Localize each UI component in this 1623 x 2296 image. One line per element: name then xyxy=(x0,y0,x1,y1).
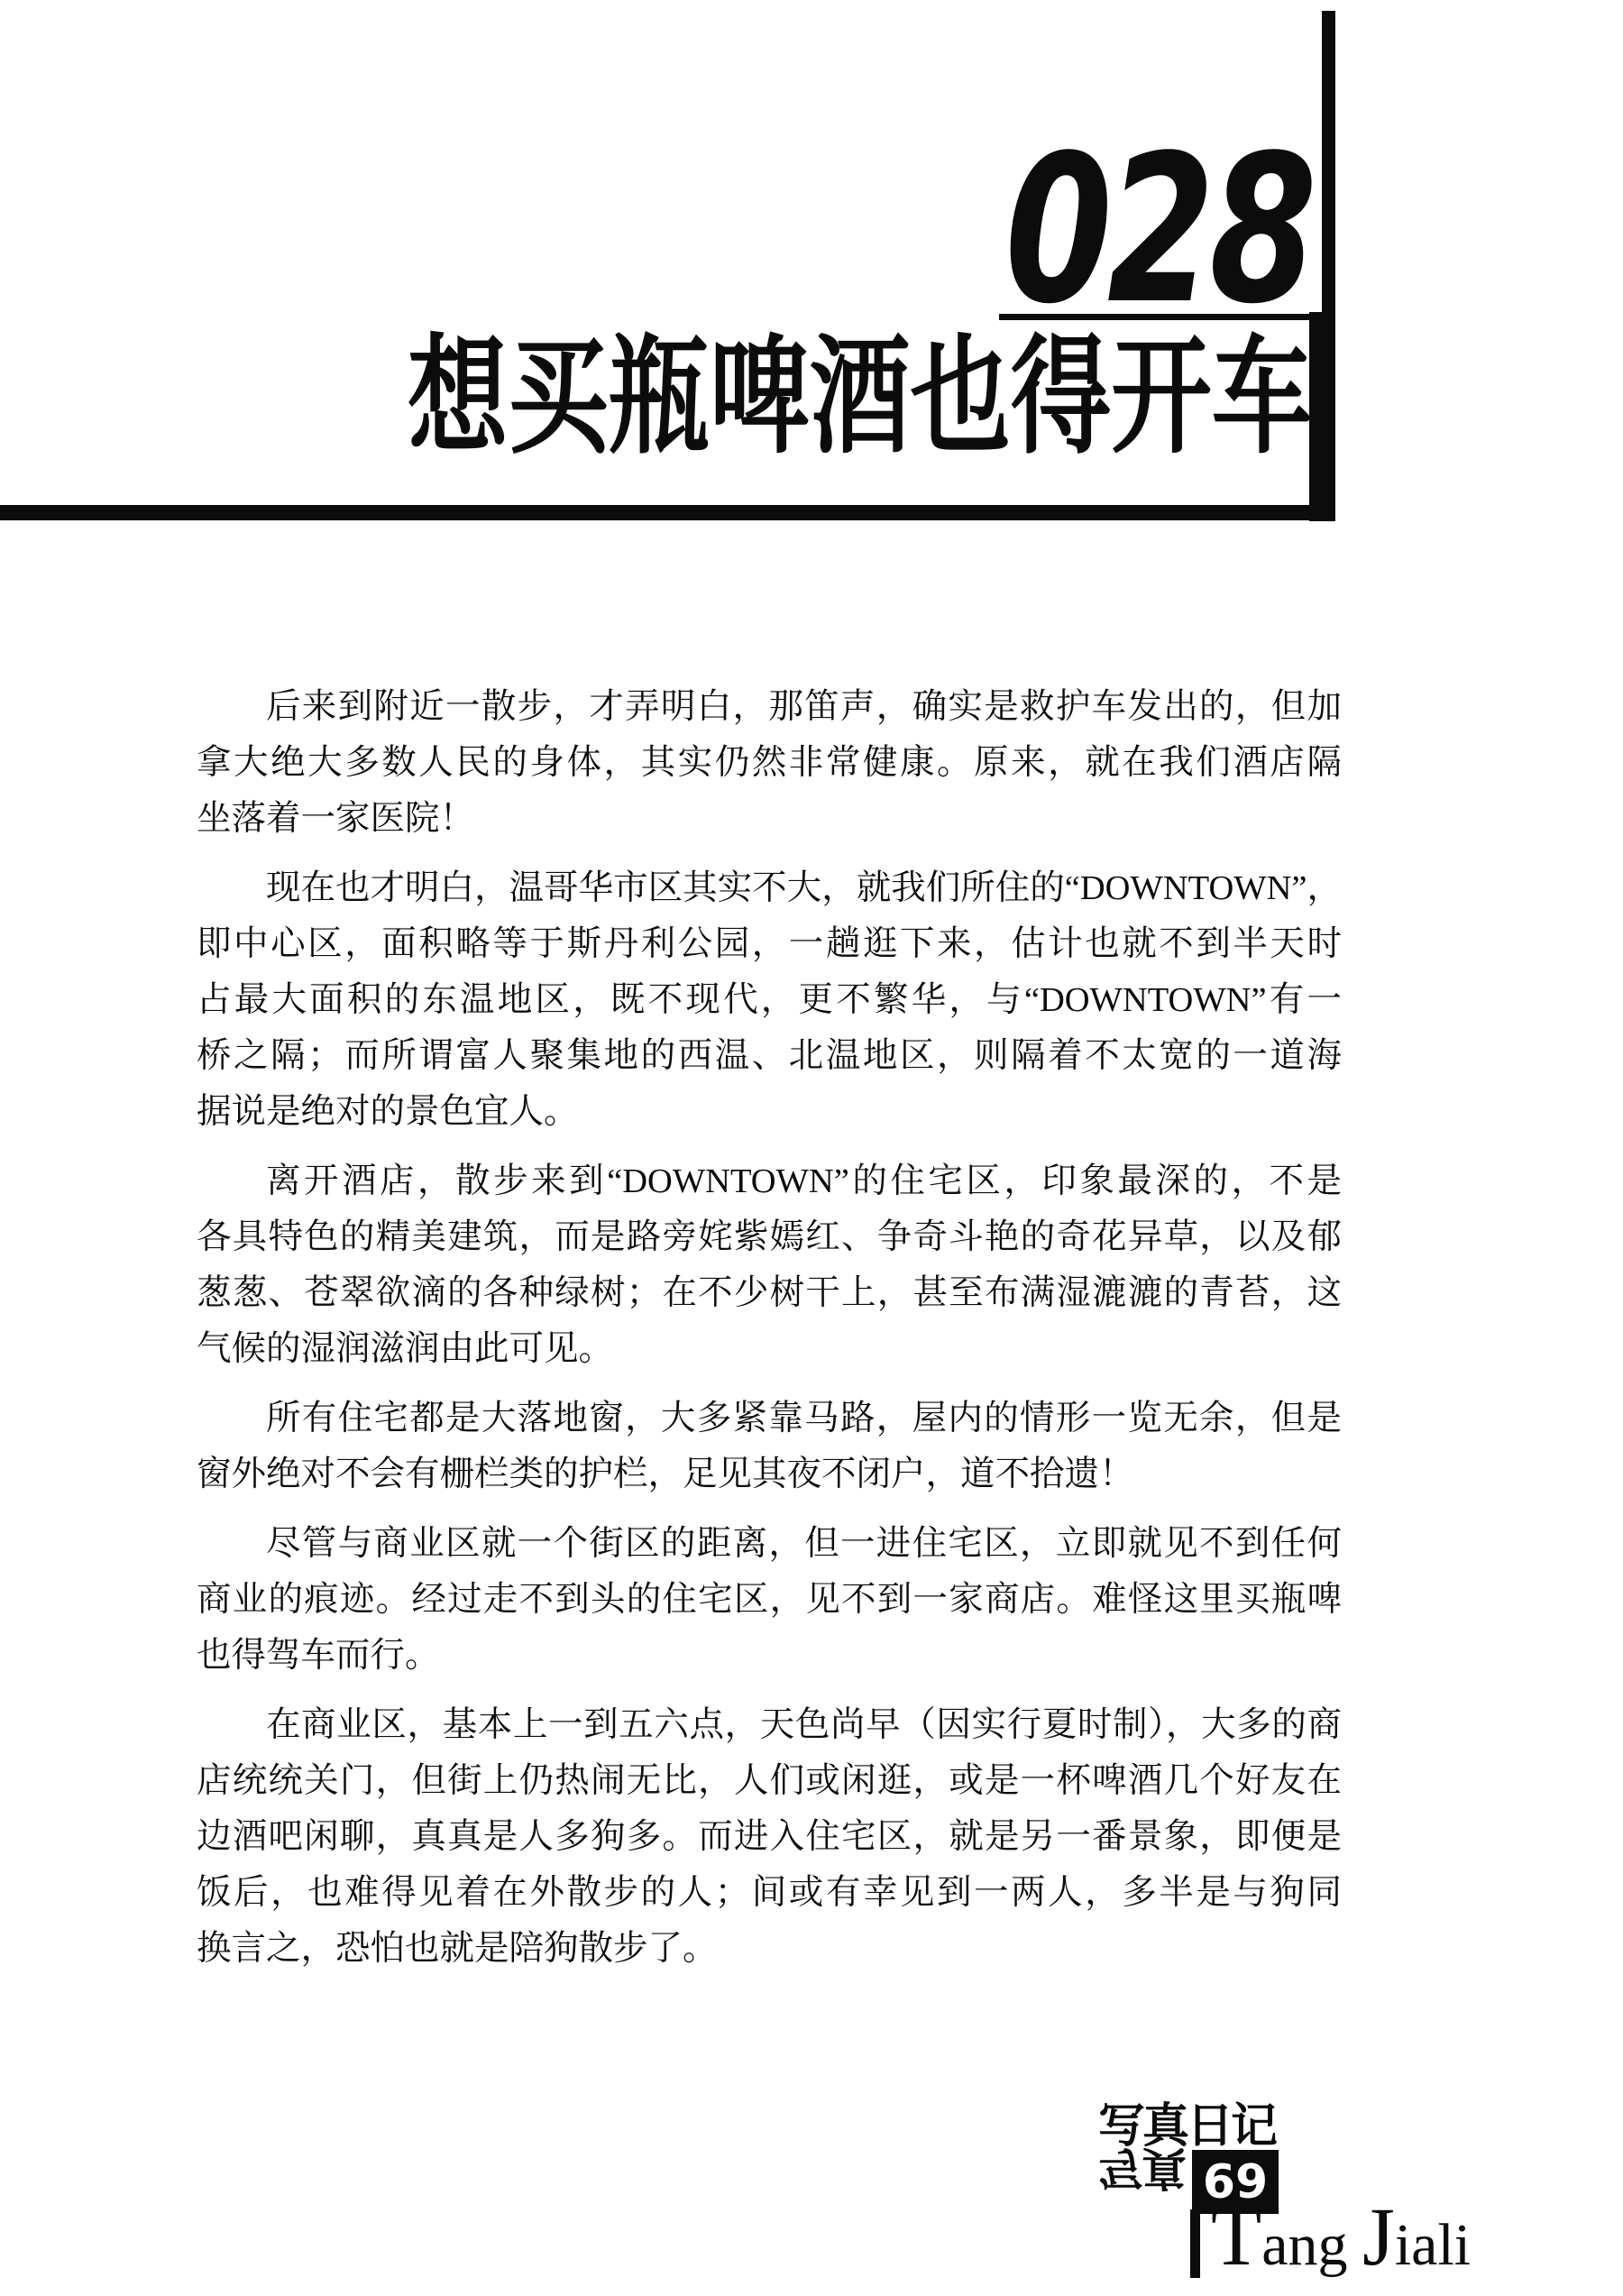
paragraph: 后来到附近一散步，才弄明白，那笛声，确实是救护车发出的，但加 拿大绝大多数人民的… xyxy=(197,679,1342,847)
text-line: 现在也才明白，温哥华市区其实不大，就我们所住的“DOWNTOWN”， xyxy=(197,860,1342,916)
body-text: 后来到附近一散步，才弄明白，那笛声，确实是救护车发出的，但加 拿大绝大多数人民的… xyxy=(197,679,1342,1990)
text-line: 桥之隔；而所谓富人聚集地的西温、北温地区，则隔着不太宽的一道海湾， xyxy=(197,1028,1342,1084)
text-line: 商业的痕迹。经过走不到头的住宅区，见不到一家商店。难怪这里买瓶啤酒 xyxy=(197,1572,1342,1628)
right-edge-bar-lower xyxy=(1309,312,1335,521)
paragraph: 所有住宅都是大落地窗，大多紧靠马路，屋内的情形一览无余，但是 窗外绝对不会有栅栏… xyxy=(197,1391,1342,1502)
paragraph: 离开酒店，散步来到“DOWNTOWN”的住宅区，印象最深的，不是 各具特色的精美… xyxy=(197,1153,1342,1377)
text-line: 边酒吧闲聊，真真是人多狗多。而进入住宅区，就是另一番景象，即便是晚 xyxy=(197,1809,1342,1865)
author-left-rule xyxy=(1190,2209,1200,2278)
text-line: 店统统关门，但街上仍热闹无比，人们或闲逛，或是一杯啤酒几个好友在路 xyxy=(197,1753,1342,1809)
text-line: 尽管与商业区就一个街区的距离，但一进住宅区，立即就见不到任何 xyxy=(197,1516,1342,1572)
book-page: 028 想买瓶啤酒也得开车 后来到附近一散步，才弄明白，那笛声，确实是救护车发出… xyxy=(0,0,1623,2296)
text-line: 即中心区，面积略等于斯丹利公园，一趟逛下来，估计也就不到半天时间。 xyxy=(197,916,1342,972)
paragraph: 现在也才明白，温哥华市区其实不大，就我们所住的“DOWNTOWN”， 即中心区，… xyxy=(197,860,1342,1140)
text-line: 拿大绝大多数人民的身体，其实仍然非常健康。原来，就在我们酒店隔壁， xyxy=(197,735,1342,791)
series-logo-text-mirrored: 写真 xyxy=(1098,2148,1185,2188)
paragraph: 在商业区，基本上一到五六点，天色尚早（因实行夏时制），大多的商 店统统关门，但街… xyxy=(197,1697,1342,1977)
author-name-part: ang xyxy=(1261,2212,1362,2278)
text-line: 后来到附近一散步，才弄明白，那笛声，确实是救护车发出的，但加 xyxy=(197,679,1342,735)
text-line: 坐落着一家医院！ xyxy=(197,791,1342,847)
author-name-part: iali xyxy=(1395,2212,1471,2278)
text-line: 各具特色的精美建筑，而是路旁姹紫嫣红、争奇斗艳的奇花异草，以及郁郁 xyxy=(197,1209,1342,1265)
chapter-title: 想买瓶啤酒也得开车 xyxy=(408,330,1312,465)
paragraph: 尽管与商业区就一个街区的距离，但一进住宅区，立即就见不到任何 商业的痕迹。经过走… xyxy=(197,1516,1342,1684)
author-signature: Tang Jiali xyxy=(1211,2195,1471,2296)
right-edge-bar-upper xyxy=(1322,11,1335,317)
text-line: 所有住宅都是大落地窗，大多紧靠马路，屋内的情形一览无余，但是 xyxy=(197,1391,1342,1446)
text-line: 窗外绝对不会有栅栏类的护栏，足见其夜不闭户，道不拾遗！ xyxy=(197,1446,1342,1502)
text-line: 葱葱、苍翠欲滴的各种绿树；在不少树干上，甚至布满湿漉漉的青苔，这里 xyxy=(197,1265,1342,1321)
author-initial: J xyxy=(1362,2190,1395,2282)
text-line: 也得驾车而行。 xyxy=(197,1628,1342,1684)
header-divider-rule xyxy=(0,505,1335,520)
text-line: 据说是绝对的景色宜人。 xyxy=(197,1084,1342,1140)
text-line: 占最大面积的东温地区，既不现代，更不繁华，与“DOWNTOWN”有一 xyxy=(197,972,1342,1028)
text-line: 在商业区，基本上一到五六点，天色尚早（因实行夏时制），大多的商 xyxy=(197,1697,1342,1753)
text-line: 气候的湿润滋润由此可见。 xyxy=(197,1321,1342,1377)
text-line: 离开酒店，散步来到“DOWNTOWN”的住宅区，印象最深的，不是 xyxy=(197,1153,1342,1209)
text-line: 换言之，恐怕也就是陪狗散步了。 xyxy=(197,1921,1342,1977)
text-line: 饭后，也难得见着在外散步的人；间或有幸见到一两人，多半是与狗同行， xyxy=(197,1865,1342,1921)
chapter-number-underline xyxy=(999,314,1322,320)
author-initial: T xyxy=(1211,2190,1261,2282)
chapter-number: 028 xyxy=(1005,141,1312,321)
